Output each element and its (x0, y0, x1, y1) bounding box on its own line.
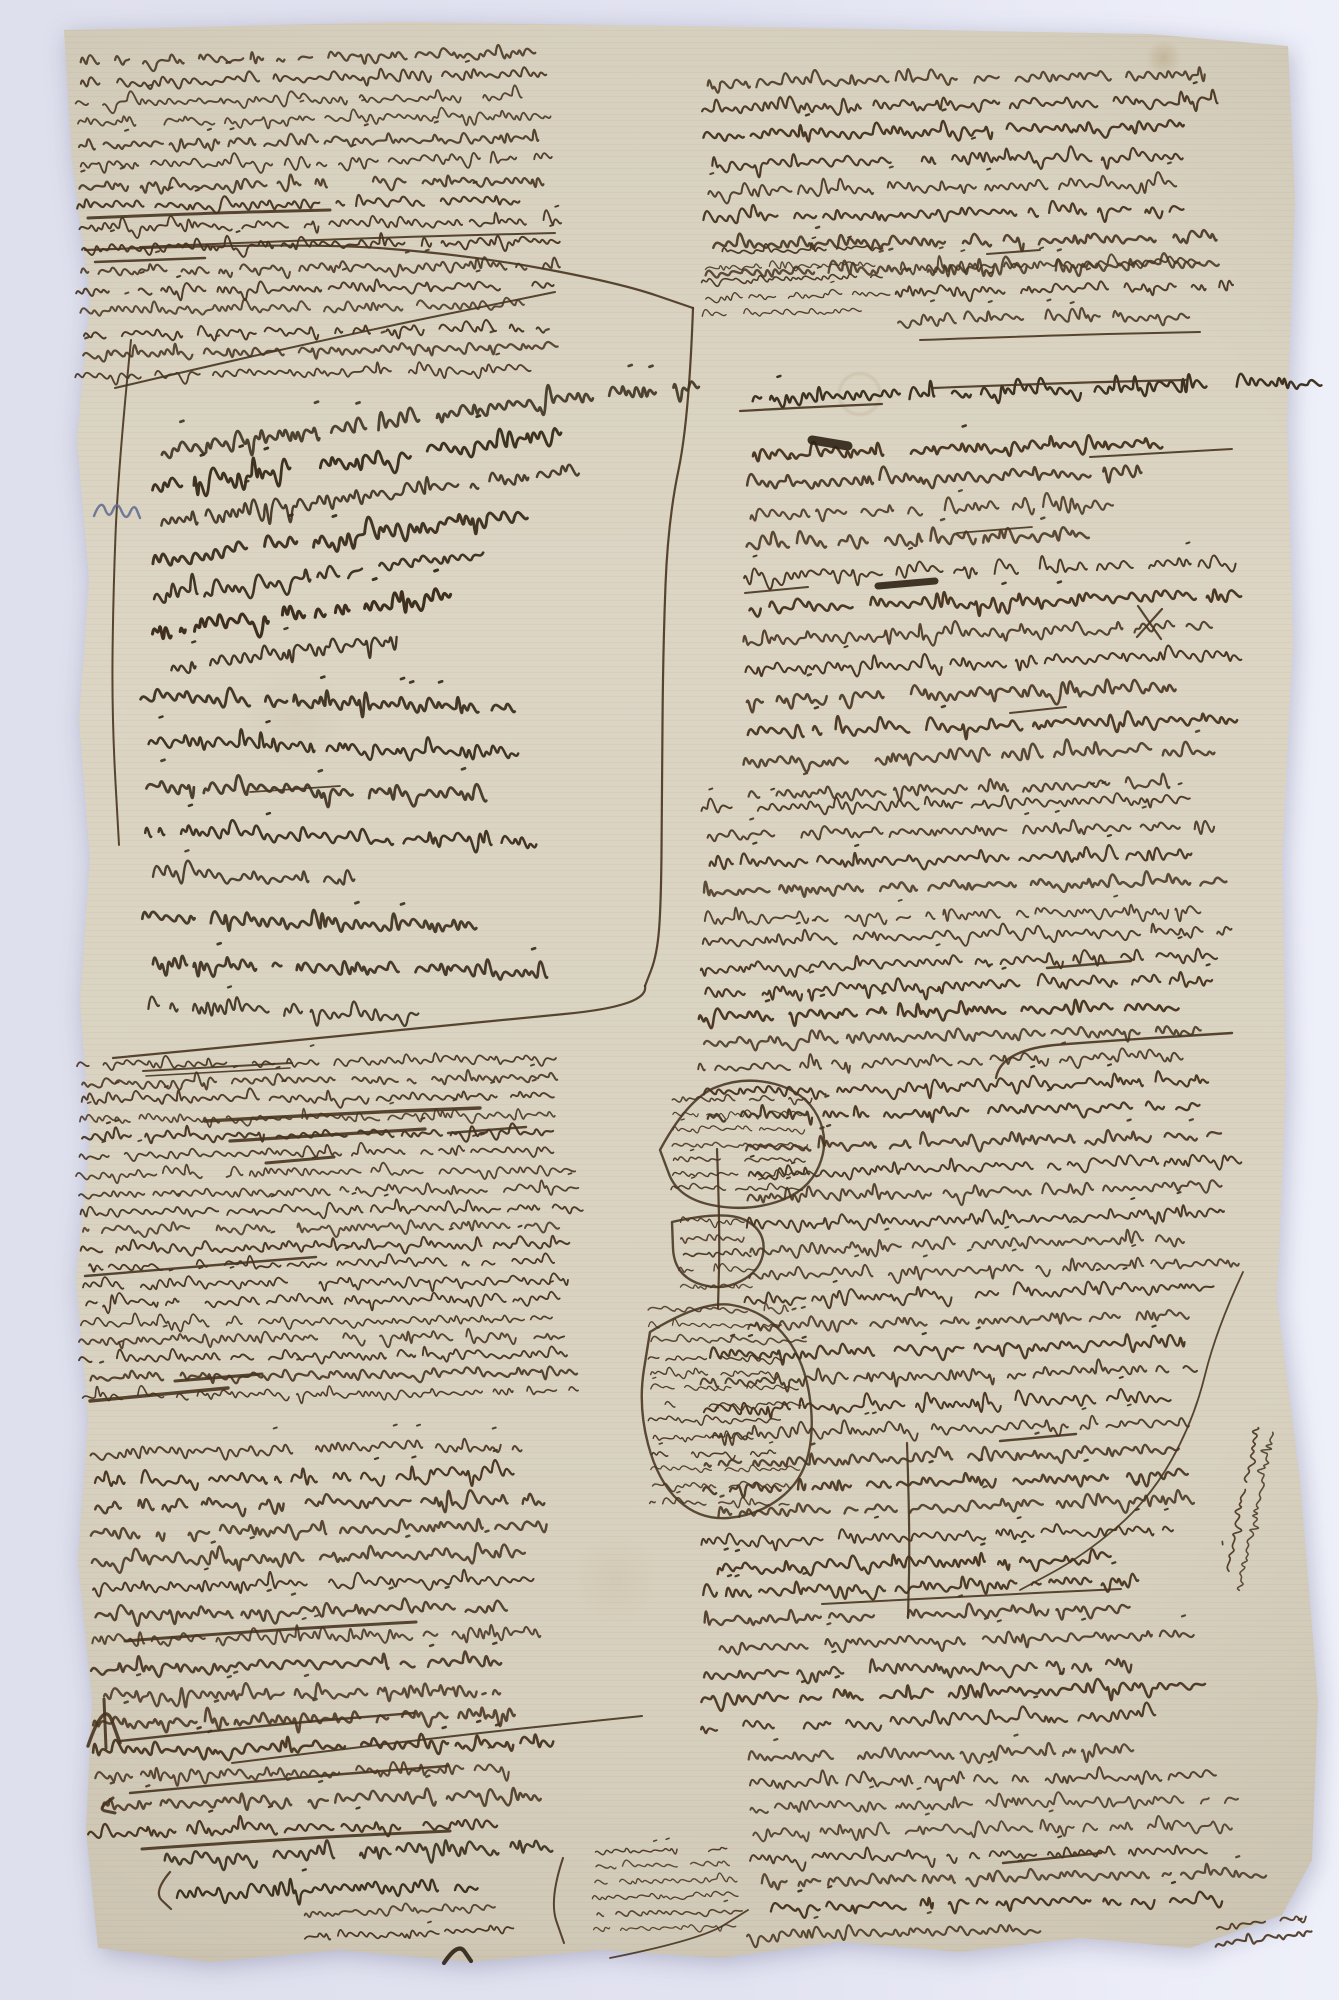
left-boxed-para-2 (141, 677, 547, 1026)
right-top-cont-line (901, 247, 1200, 276)
right-block-3-line (703, 919, 1232, 946)
right-block-5-line (720, 1615, 1194, 1654)
bottom-center-notes-line (596, 1860, 739, 1869)
paren-bottom-center (554, 1858, 564, 1943)
left-lower-para-line (91, 1425, 522, 1460)
right-bottom-line (750, 1787, 1238, 1814)
right-block-4 (745, 1119, 1242, 1331)
right-block-5-line (719, 1482, 1194, 1517)
bubble-notes-3-line (651, 1367, 778, 1380)
left-lower-para-line (95, 1450, 514, 1490)
right-top-line (702, 82, 1217, 115)
strike-top-2 (95, 258, 205, 262)
right-top-small-line (702, 308, 861, 316)
right-block-4-line (746, 1119, 1221, 1151)
left-lower-para-line (96, 1587, 507, 1626)
right-bottom-slant-note (1216, 1916, 1312, 1946)
right-block-2-line (710, 835, 1192, 869)
corner-bracket-line (996, 1033, 1232, 1078)
left-boxed-para-1-line (171, 628, 396, 673)
strike-right-2 (1000, 1434, 1076, 1441)
margin-note-rotated-line (1232, 1431, 1279, 1592)
left-mid-dense-line (79, 1326, 560, 1349)
right-top-cont (896, 247, 1233, 328)
left-bottom-small-line (305, 1903, 495, 1917)
right-block-3-line (704, 1064, 1208, 1099)
bottom-center-notes-line (596, 1838, 727, 1854)
bubble-notes-2-line (679, 1264, 756, 1273)
handwriting-layer (0, 0, 1339, 2000)
right-bottom-line (749, 1735, 1133, 1763)
right-main-line (749, 773, 1170, 800)
right-top-small-line (706, 281, 890, 302)
bubble-notes-3-line (648, 1355, 782, 1364)
bubble-notes-2-line (681, 1235, 744, 1244)
left-mid-dense-line (79, 1134, 553, 1161)
right-block-4-line (748, 1307, 1189, 1332)
left-mid-dense-line (82, 1080, 554, 1108)
bubble-notes-1-line (671, 1177, 802, 1190)
right-block-3-line (701, 937, 1217, 977)
left-top-dense-line (81, 45, 536, 71)
right-block-2-line (705, 896, 1201, 927)
left-top-dense-line (76, 85, 522, 113)
right-bottom-line (750, 1836, 1207, 1870)
right-main-line (747, 458, 1141, 488)
bubble-notes-1-line (673, 1119, 805, 1134)
left-top-dense-line (75, 354, 530, 385)
left-mid-dense-line (79, 1336, 567, 1363)
right-bottom-line (771, 1882, 1222, 1918)
left-top-dense-line (79, 168, 543, 194)
bubble-notes-1-line (674, 1150, 806, 1164)
left-top-dense-line (81, 250, 560, 278)
bubble-notes-3-line (651, 1335, 806, 1345)
left-boxed-para-2-line (149, 717, 519, 761)
bottom-connector-curve (610, 1910, 748, 1958)
left-boxed-para-2-line (153, 943, 547, 979)
ink-blot-2 (878, 581, 935, 586)
right-block-3-line (704, 1026, 1201, 1050)
underline-right-4 (1010, 707, 1066, 713)
bottom-center-notes-line (595, 1873, 737, 1884)
left-boxed-para-2-line (146, 760, 486, 807)
right-main-line (751, 490, 1113, 521)
right-heading (753, 374, 1322, 407)
left-top-dense-line (76, 269, 553, 301)
left-boxed-para-2-line (141, 677, 515, 717)
bottom-center-notes-line (597, 1900, 742, 1916)
right-block-4-line (747, 1192, 1224, 1232)
left-boxed-para-2-line (142, 902, 476, 932)
right-main-line (747, 674, 1176, 712)
right-main-line (748, 706, 1237, 739)
right-block-5-line (703, 1460, 1188, 1498)
right-block-3-line (708, 1089, 1200, 1124)
left-lower-para-line (95, 1490, 544, 1516)
right-bottom-line (747, 1912, 1040, 1947)
left-top-dense-line (78, 99, 551, 128)
left-bottom-lines-line (177, 1869, 478, 1904)
strike-low-4 (130, 1766, 448, 1793)
left-mid-dense-line (79, 1173, 578, 1198)
left-boxed-para-2-line (153, 850, 354, 884)
left-mid-dense-line (83, 1220, 559, 1237)
left-lower-para-line (93, 1568, 534, 1596)
left-lower-para-line (93, 1693, 515, 1732)
right-bottom-slant-note-line (1217, 1916, 1306, 1929)
right-main-line (744, 542, 1236, 589)
underline-right-top-b (920, 332, 1200, 340)
left-top-dense-line (81, 145, 552, 173)
right-block-3 (698, 919, 1231, 1124)
left-mid-dense-line (77, 1045, 556, 1070)
right-top-small-line (706, 261, 875, 271)
drawn-box-right-divider (645, 308, 693, 986)
bubble-notes-1 (671, 1095, 818, 1191)
right-bottom (747, 1735, 1266, 1948)
left-lower-para-line (103, 1776, 541, 1810)
left-top-dense-line (79, 122, 538, 152)
margin-caret-arrow-inner (104, 1699, 106, 1748)
margin-note-rotated (1213, 1425, 1279, 1591)
left-mid-dense-line (91, 1359, 578, 1384)
x-mark-stroke-2 (1137, 609, 1162, 637)
strike-low-5 (142, 1831, 450, 1849)
left-bottom-lines (165, 1840, 553, 1904)
left-lower-para-line (91, 1519, 547, 1541)
right-top-line (703, 109, 1183, 141)
vertical-stroke-1 (717, 1149, 719, 1308)
bottom-center-notes-line (592, 1891, 738, 1899)
left-boxed-para-1 (153, 365, 699, 673)
insert-caret-bold (444, 1949, 471, 1963)
left-lower-para-line (104, 1672, 500, 1707)
right-top-small (702, 236, 890, 316)
bottom-center-notes (592, 1838, 742, 1932)
long-sweeping-curve (1020, 1272, 1243, 1590)
strike-low-1 (125, 1622, 416, 1641)
left-bottom-small-line (305, 1922, 514, 1940)
underline-right-top-a (987, 250, 1040, 254)
strike-mid-4 (266, 1157, 334, 1163)
right-top-line (713, 227, 1216, 251)
right-block-5-line (701, 1673, 1205, 1711)
left-mid-dense-line (76, 1157, 575, 1183)
right-block-4-line (745, 1268, 1214, 1308)
left-mid-dense-line (81, 1313, 563, 1331)
left-boxed-para-2-line (145, 805, 536, 852)
right-bottom-line (753, 1810, 1232, 1841)
left-mid-dense (76, 1045, 583, 1403)
right-main-line (750, 582, 1242, 617)
heading-underline-1 (740, 404, 882, 411)
underline-right-3 (957, 527, 1032, 533)
right-main-line (746, 646, 1242, 677)
right-main-line (747, 518, 1089, 549)
left-boxed-para-2-line (148, 986, 418, 1026)
right-block-2-line (702, 782, 1190, 814)
right-block-5-line (703, 1562, 1138, 1599)
right-main-line (744, 731, 1215, 772)
bubble-notes-1-line (673, 1163, 818, 1177)
right-block-5-line (713, 1405, 1189, 1446)
bubble-notes-3-line (653, 1482, 791, 1492)
underline-right-1 (1090, 449, 1232, 457)
manuscript-scan: Scanned handwritten manuscript page in G… (0, 0, 1339, 2000)
margin-note-rotated-line (1217, 1425, 1264, 1572)
right-top-cont-line (898, 300, 1189, 328)
bubble-notes-3-line (652, 1442, 775, 1459)
right-top-line (712, 138, 1182, 178)
underline-right-2 (745, 587, 808, 593)
right-block-4-line (748, 1175, 1222, 1205)
left-mid-dense-line (81, 1193, 583, 1218)
left-top-dense-line (84, 320, 545, 341)
left-boxed-para-1-line (153, 416, 562, 496)
left-lower-para-line (91, 1643, 501, 1677)
drawn-box-left-line (112, 340, 131, 845)
right-top-line (703, 201, 1183, 223)
bubble-notes-2-line (684, 1249, 751, 1257)
right-main (743, 426, 1241, 801)
drawn-box-bottom-line (113, 986, 645, 1058)
right-block-4-line (749, 1245, 1238, 1283)
right-block-3-line (698, 1042, 1182, 1072)
right-block-2-line (708, 807, 1215, 841)
right-block-5 (701, 1326, 1206, 1733)
left-bottom-small (305, 1903, 514, 1939)
right-block-5-line (701, 1509, 1173, 1551)
right-heading-line (753, 374, 1322, 407)
left-mid-dense-line (82, 1065, 557, 1090)
right-top-line (708, 67, 1205, 92)
ink-blot-1 (812, 440, 848, 446)
left-mid-dense-line (83, 1378, 578, 1404)
right-block-5-line (704, 1651, 1131, 1683)
strike-top-1 (88, 210, 330, 218)
right-block-5-line (701, 1696, 1155, 1733)
right-top (702, 67, 1219, 277)
right-bottom-line (750, 1761, 1216, 1790)
right-block-2 (702, 782, 1227, 926)
paren-before-bottom-line (159, 1872, 171, 1909)
left-boxed-para-1-line (153, 570, 451, 639)
right-block-2-line (704, 871, 1226, 896)
